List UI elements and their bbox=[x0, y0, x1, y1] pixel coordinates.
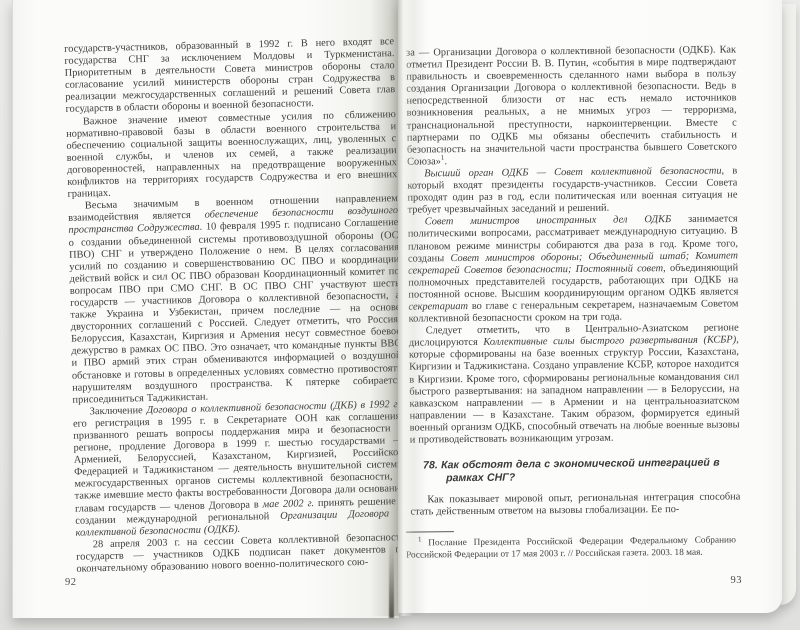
paragraph: государств-участников, образованный в 19… bbox=[64, 36, 396, 116]
paragraph: 28 апреля 2003 г. на сессии Совета колле… bbox=[76, 532, 407, 576]
page-edge-stack bbox=[780, 4, 796, 605]
footnote-body: Послание Президента Российской Федерации… bbox=[406, 535, 736, 560]
left-page-text: государств-участников, образованный в 19… bbox=[64, 36, 406, 576]
footnote-marker: 1 bbox=[418, 535, 422, 543]
open-book-photo: государств-участников, образованный в 19… bbox=[0, 0, 800, 630]
footnote: 1 Послание Президента Российской Федерац… bbox=[406, 528, 736, 562]
book: государств-участников, образованный в 19… bbox=[0, 0, 800, 630]
paragraph: Как показывает мировой опыт, региональна… bbox=[410, 491, 740, 518]
page-left: государств-участников, образованный в 19… bbox=[12, 0, 399, 618]
page-right: за — Организации Договора о коллективной… bbox=[398, 0, 782, 613]
paragraph: Совет министров иностранных дел ОДКБ зан… bbox=[408, 214, 739, 326]
paragraph: Весьма значимым в военном отношении напр… bbox=[68, 193, 403, 406]
right-page-text: за — Организации Договора о коллективной… bbox=[406, 44, 741, 518]
paragraph: за — Организации Договора о коллективной… bbox=[406, 44, 737, 168]
footnote-text: 1 Послание Президента Российской Федерац… bbox=[406, 535, 736, 562]
paragraph: Следует отметить, что в Центрально-Азиат… bbox=[409, 323, 740, 447]
right-page-paragraphs-top: за — Организации Договора о коллективной… bbox=[406, 44, 740, 446]
section-heading: 78. Как обстоят дела с экономической инт… bbox=[423, 456, 740, 485]
paragraph: Высший орган ОДКБ — Совет коллективной б… bbox=[407, 165, 737, 217]
page-number-left: 92 bbox=[65, 577, 77, 588]
right-page-paragraphs-bottom: Как показывает мировой опыт, региональна… bbox=[410, 491, 740, 518]
footnote-rule bbox=[406, 531, 454, 532]
paragraph: Заключение Договора о коллективной безоп… bbox=[73, 399, 406, 540]
page-number-right: 93 bbox=[731, 575, 743, 586]
paragraph: Важное значение имеют совместные усилия … bbox=[66, 109, 398, 201]
spine-shadow bbox=[389, 538, 394, 618]
